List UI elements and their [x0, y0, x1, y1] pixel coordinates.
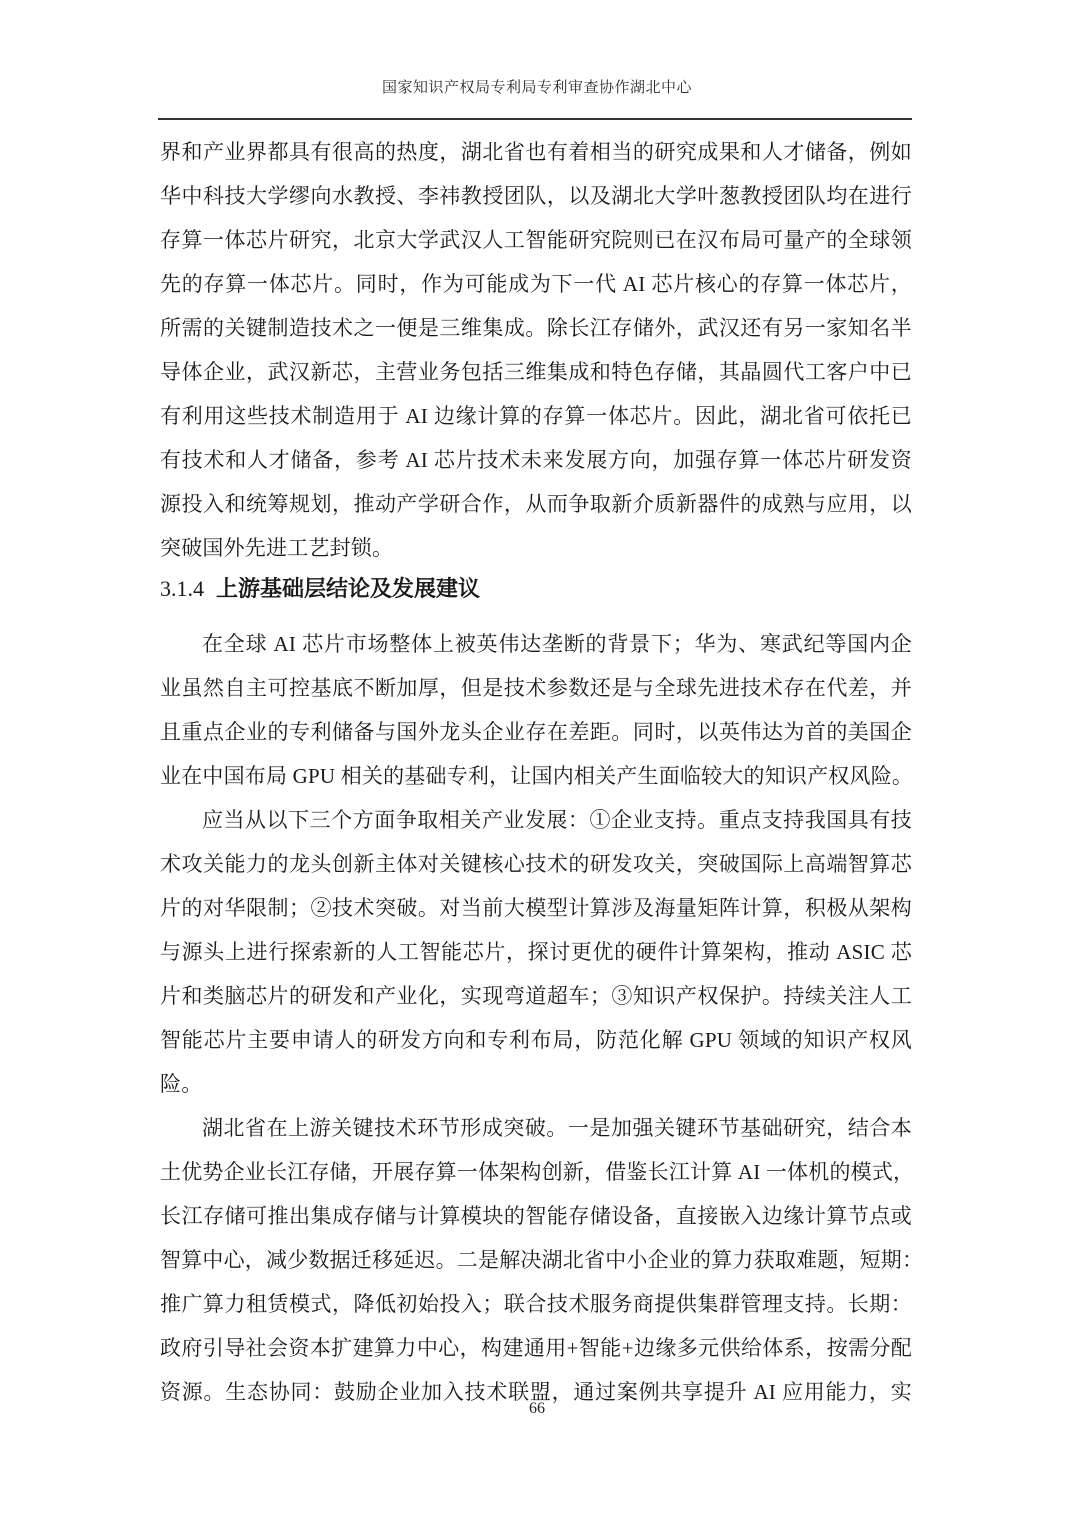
text-line: 长江存储可推出集成存储与计算模块的智能存储设备，直接嵌入边缘计算节点或 [160, 1202, 912, 1230]
text-line: 政府引导社会资本扩建算力中心，构建通用+智能+边缘多元供给体系，按需分配 [160, 1334, 912, 1362]
text-line: 片和类脑芯片的研发和产业化，实现弯道超车；③知识产权保护。持续关注人工 [160, 982, 912, 1010]
text-line: 业虽然自主可控基底不断加厚，但是技术参数还是与全球先进技术存在代差，并 [160, 674, 912, 702]
text-line: 源投入和统筹规划，推动产学研合作，从而争取新介质新器件的成熟与应用，以 [160, 490, 912, 518]
text-line: 业在中国布局 GPU 相关的基础专利，让国内相关产生面临较大的知识产权风险。 [160, 762, 912, 790]
text-line: 险。 [160, 1070, 912, 1098]
text-line: 有利用这些技术制造用于 AI 边缘计算的存算一体芯片。因此，湖北省可依托已 [160, 402, 912, 430]
text-line: 界和产业界都具有很高的热度，湖北省也有着相当的研究成果和人才储备，例如 [160, 138, 912, 166]
text-line: 且重点企业的专利储备与国外龙头企业存在差距。同时，以英伟达为首的美国企 [160, 718, 912, 746]
text-line: 先的存算一体芯片。同时，作为可能成为下一代 AI 芯片核心的存算一体芯片， [160, 270, 912, 298]
text-line: 智算中心，减少数据迁移延迟。二是解决湖北省中小企业的算力获取难题，短期： [160, 1246, 912, 1274]
text-line: 智能芯片主要申请人的研发方向和专利布局，防范化解 GPU 领域的知识产权风 [160, 1026, 912, 1054]
text-line: 在全球 AI 芯片市场整体上被英伟达垄断的背景下；华为、寒武纪等国内企 [160, 630, 912, 658]
header-divider [158, 118, 912, 120]
text-line: 所需的关键制造技术之一便是三维集成。除长江存储外，武汉还有另一家知名半 [160, 314, 912, 342]
text-line: 推广算力租赁模式，降低初始投入；联合技术服务商提供集群管理支持。长期： [160, 1290, 912, 1318]
text-line: 突破国外先进工艺封锁。 [160, 534, 912, 562]
header-title: 国家知识产权局专利局专利审查协作湖北中心 [0, 76, 1074, 97]
text-line: 与源头上进行探索新的人工智能芯片，探讨更优的硬件计算架构，推动 ASIC 芯 [160, 938, 912, 966]
text-line: 术攻关能力的龙头创新主体对关键核心技术的研发攻关，突破国际上高端智算芯 [160, 850, 912, 878]
text-line: 湖北省在上游关键技术环节形成突破。一是加强关键环节基础研究，结合本 [160, 1114, 912, 1142]
text-line: 导体企业，武汉新芯，主营业务包括三维集成和特色存储，其晶圆代工客户中已 [160, 358, 912, 386]
text-line: 应当从以下三个方面争取相关产业发展：①企业支持。重点支持我国具有技 [160, 806, 912, 834]
section-title: 上游基础层结论及发展建议 [216, 577, 480, 602]
text-line: 华中科技大学缪向水教授、李祎教授团队，以及湖北大学叶葱教授团队均在进行 [160, 182, 912, 210]
section-number: 3.1.4 [160, 576, 204, 601]
text-line: 片的对华限制；②技术突破。对当前大模型计算涉及海量矩阵计算，积极从架构 [160, 894, 912, 922]
section-heading: 3.1.4上游基础层结论及发展建议 [160, 572, 480, 603]
text-line: 存算一体芯片研究，北京大学武汉人工智能研究院则已在汉布局可量产的全球领 [160, 226, 912, 254]
text-line: 土优势企业长江存储，开展存算一体架构创新，借鉴长江计算 AI 一体机的模式， [160, 1158, 912, 1186]
text-line: 有技术和人才储备，参考 AI 芯片技术未来发展方向，加强存算一体芯片研发资 [160, 446, 912, 474]
page-number: 66 [0, 1400, 1074, 1418]
